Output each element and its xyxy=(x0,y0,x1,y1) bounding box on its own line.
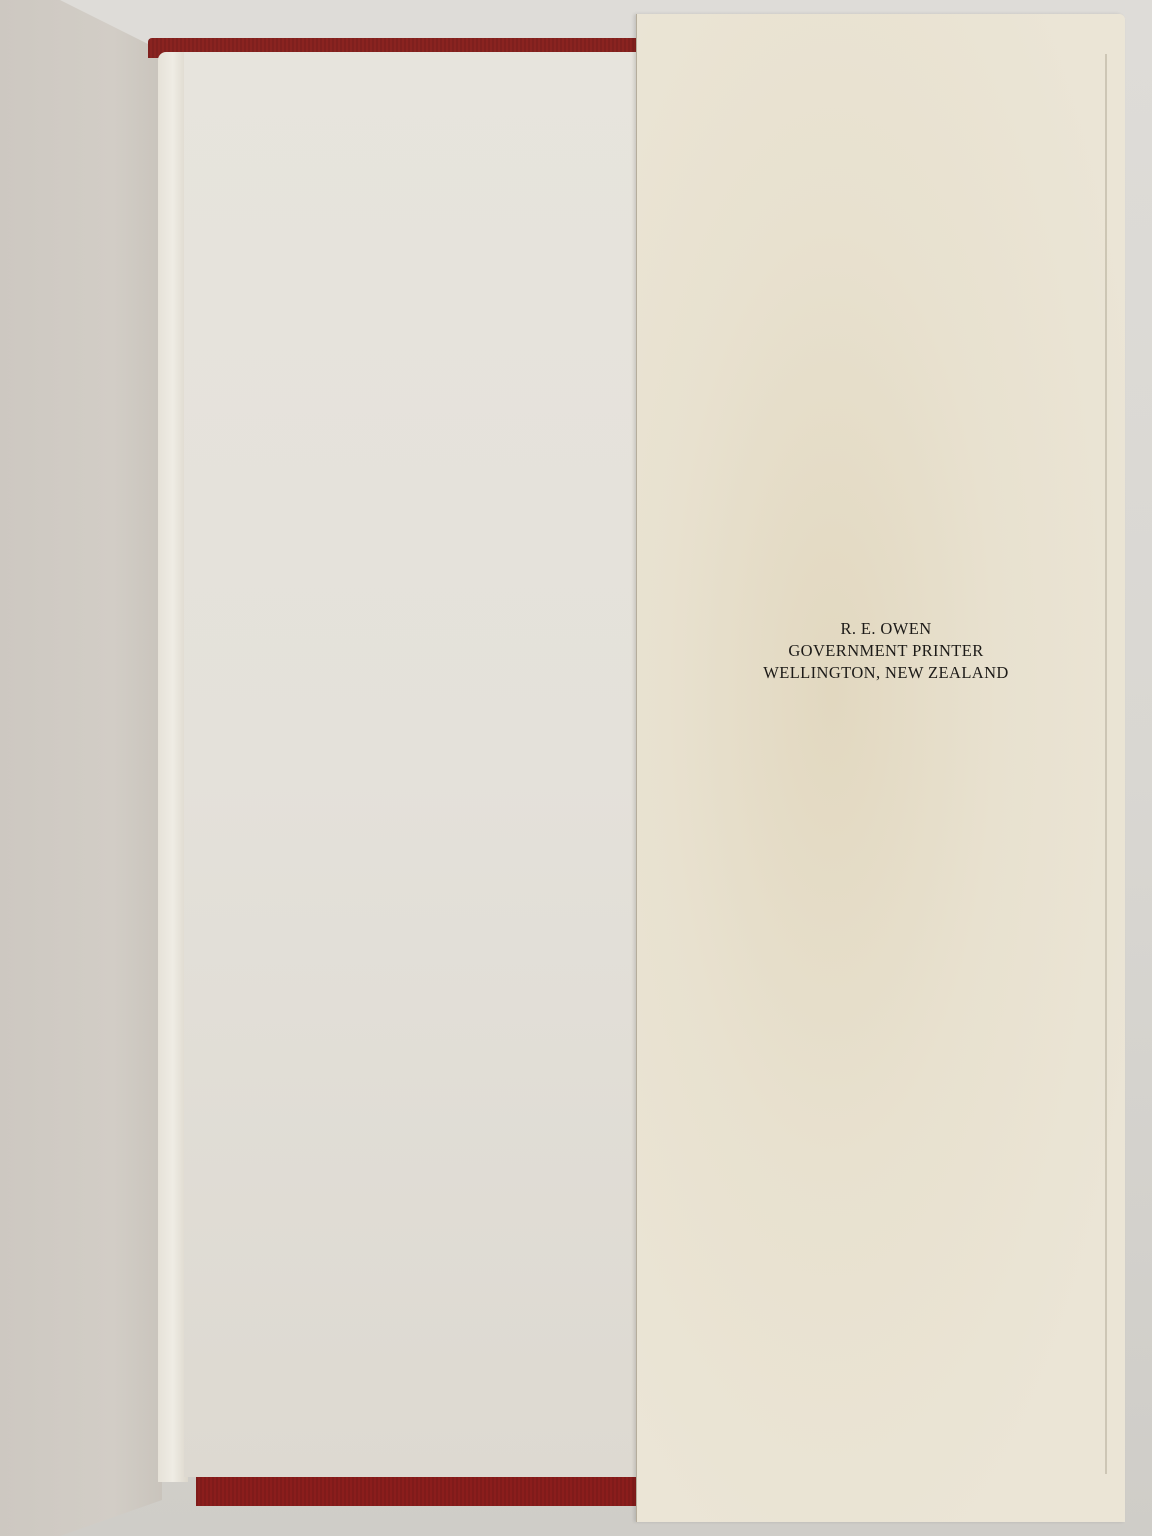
blank-endpaper xyxy=(184,52,642,1477)
printer-imprint: R. E. OWEN GOVERNMENT PRINTER WELLINGTON… xyxy=(637,618,1125,684)
flap-fold-line xyxy=(1105,54,1107,1474)
imprint-location: WELLINGTON, NEW ZEALAND xyxy=(637,662,1125,684)
imprint-printer-name: R. E. OWEN xyxy=(637,618,1125,640)
red-cloth-binding-bottom xyxy=(196,1476,636,1506)
imprint-printer-title: GOVERNMENT PRINTER xyxy=(637,640,1125,662)
dust-jacket-flap: R. E. OWEN GOVERNMENT PRINTER WELLINGTON… xyxy=(636,14,1125,1522)
left-page-edge xyxy=(0,0,162,1536)
